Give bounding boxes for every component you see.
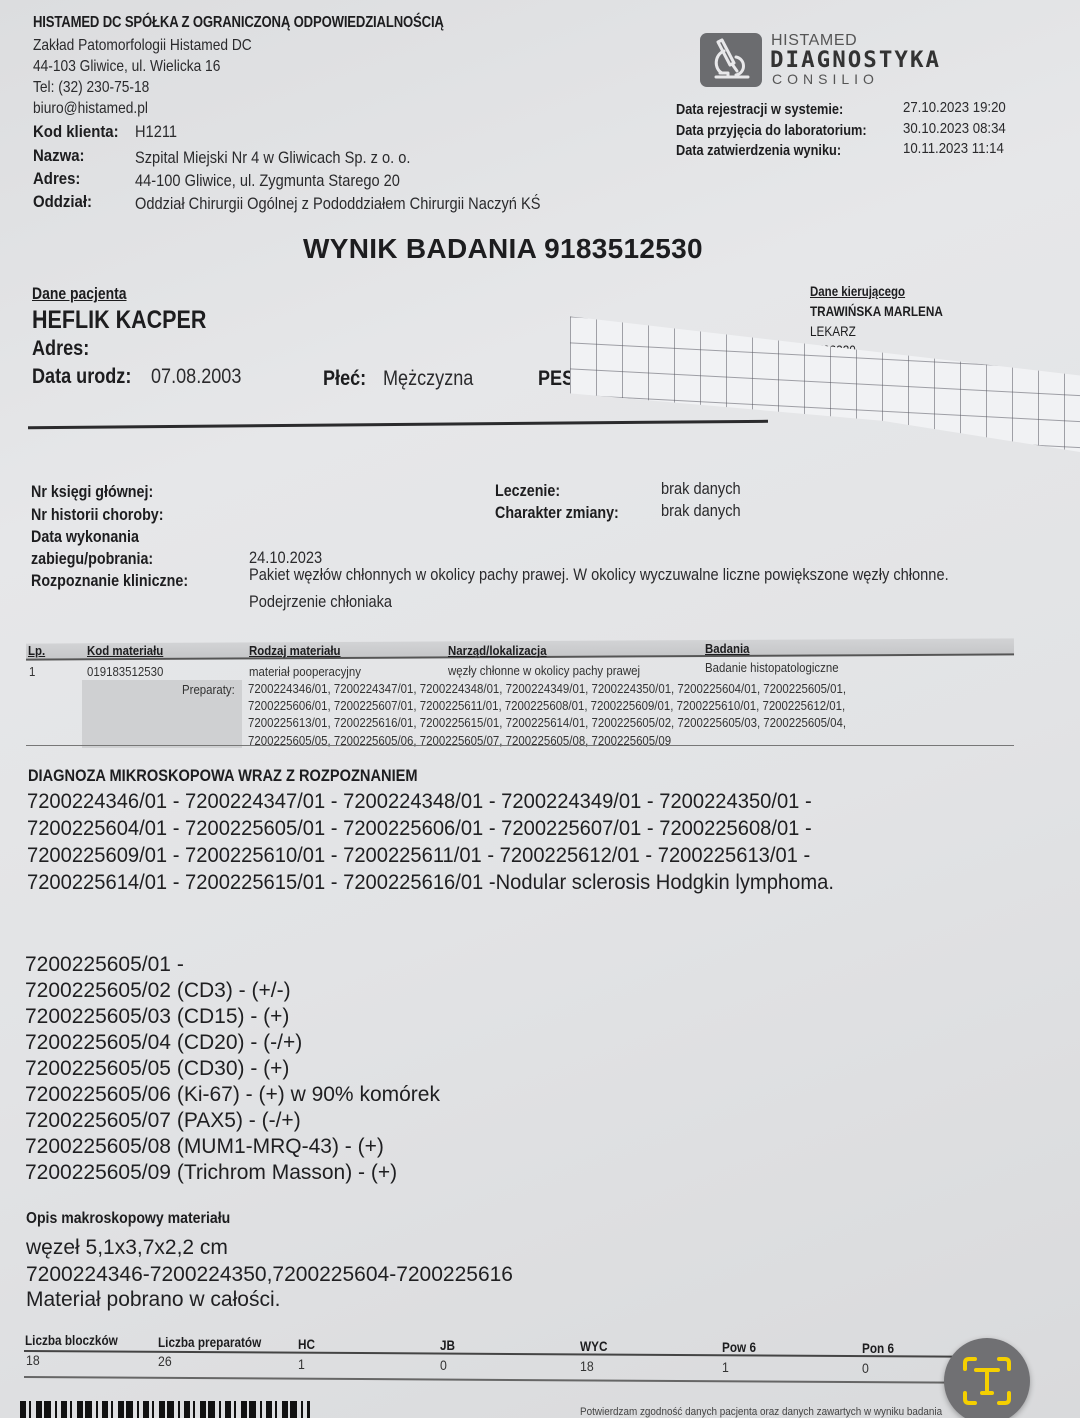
stat-slides-header: Liczba preparatów: [158, 1334, 261, 1350]
client-ward-label: Oddział:: [33, 192, 92, 212]
text-scan-button[interactable]: [944, 1338, 1030, 1418]
stat-pow6-value: 1: [722, 1359, 729, 1375]
patient-pesel-label: PES: [538, 367, 574, 391]
diagnosis-line: 7200225604/01 - 7200225605/01 - 72002256…: [27, 817, 812, 841]
ihc-line: 7200225605/03 (CD15) - (+): [25, 1005, 289, 1029]
row-tests: Badanie histopatologiczne: [705, 660, 839, 675]
row-location: węzły chłonne w okolicy pachy prawej: [448, 663, 640, 678]
diagnosis-line: 7200225609/01 - 7200225610/01 - 72002256…: [27, 844, 810, 868]
report-title: WYNIK BADANIA 9183512530: [303, 233, 703, 265]
ihc-line: 7200225605/06 (Ki-67) - (+) w 90% komóre…: [25, 1083, 440, 1107]
table-divider: [26, 745, 1014, 746]
macroscopy-title: Opis makroskopowy materiału: [26, 1210, 230, 1228]
preparations-line: 7200225613/01, 7200225616/01, 7200225615…: [248, 715, 846, 730]
stat-wyc-header: WYC: [580, 1338, 607, 1354]
logo-text-consilio: CONSILIO: [772, 71, 879, 87]
lab-department: Zakład Patomorfologii Histamed DC: [33, 37, 252, 55]
logo-text-diagnostyka: DIAGNOSTYKA: [770, 48, 941, 73]
ihc-line: 7200225605/02 (CD3) - (+/-): [25, 979, 291, 1003]
lab-address: 44-103 Gliwice, ul. Wielicka 16: [33, 58, 220, 76]
lab-received-date-label: Data przyjęcia do laboratorium:: [676, 122, 867, 139]
preparations-label: Preparaty:: [182, 682, 235, 697]
ihc-line: 7200225605/04 (CD20) - (-/+): [25, 1031, 302, 1055]
clinical-dx-line-1: Pakiet węzłów chłonnych w okolicy pachy …: [249, 565, 949, 585]
col-location: Narząd/lokalizacja: [448, 643, 547, 658]
barcode: [20, 1401, 310, 1418]
stat-jb-header: JB: [440, 1337, 455, 1353]
stats-divider: [24, 1376, 954, 1384]
client-address: 44-100 Gliwice, ul. Zygmunta Starego 20: [135, 171, 400, 191]
referrer-section-label: Dane kierującego: [810, 283, 905, 299]
stat-wyc-value: 18: [580, 1358, 594, 1374]
history-label: Nr historii choroby:: [31, 505, 163, 525]
stat-slides-value: 26: [158, 1353, 172, 1369]
text-scan-icon: [959, 1353, 1015, 1409]
row-lp: 1: [29, 664, 35, 679]
col-material-code: Kod materiału: [87, 643, 163, 658]
macroscopy-line: węzeł 5,1x3,7x2,2 cm: [26, 1236, 228, 1260]
patient-dob: 07.08.2003: [151, 365, 241, 389]
patient-sex-label: Płeć:: [323, 367, 366, 391]
client-code: H1211: [135, 122, 177, 142]
referrer-name: TRAWIŃSKA MARLENA: [810, 303, 943, 319]
diagnosis-line: 7200224346/01 - 7200224347/01 - 72002243…: [27, 790, 812, 814]
referrer-role: LEKARZ: [810, 323, 856, 339]
section-divider: [28, 420, 768, 429]
patient-section-label: Dane pacjenta: [32, 284, 127, 304]
treatment-value: brak danych: [661, 479, 741, 499]
stat-pow6-header: Pow 6: [722, 1339, 756, 1355]
stat-blocks-header: Liczba bloczków: [25, 1332, 118, 1348]
patient-name: HEFLIK KACPER: [32, 306, 206, 335]
microscope-icon: [700, 33, 762, 87]
preparations-line: 7200225606/01, 7200225607/01, 7200225611…: [248, 698, 845, 713]
stat-pon6-value: 0: [862, 1360, 869, 1376]
clinical-dx-label: Rozpoznanie kliniczne:: [31, 571, 188, 591]
procedure-date-label-2: zabiegu/pobrania:: [31, 549, 153, 569]
ihc-line: 7200225605/01 -: [25, 953, 184, 977]
diagnosis-line: 7200225614/01 - 7200225615/01 - 72002256…: [27, 871, 834, 895]
macroscopy-line: Materiał pobrano w całości.: [26, 1288, 280, 1312]
stat-hc-header: HC: [298, 1336, 315, 1352]
row-material-type: materiał pooperacyjny: [249, 664, 361, 679]
col-lp: Lp.: [28, 643, 45, 658]
lab-phone: Tel: (32) 230-75-18: [33, 79, 149, 97]
ihc-line: 7200225605/09 (Trichrom Masson) - (+): [25, 1161, 397, 1185]
col-material-type: Rodzaj materiału: [249, 643, 341, 658]
ihc-line: 7200225605/08 (MUM1-MRQ-43) - (+): [25, 1135, 384, 1159]
footer-confirmation-note: Potwierdzam zgodność danych pacjenta ora…: [580, 1406, 942, 1418]
clinical-dx-line-2: Podejrzenie chłoniaka: [249, 592, 392, 612]
diagnosis-title: DIAGNOZA MIKROSKOPOWA WRAZ Z ROZPOZNANIE…: [28, 766, 418, 786]
col-tests: Badania: [705, 641, 750, 656]
lab-company-name: HISTAMED DC SPÓŁKA Z OGRANICZONĄ ODPOWIE…: [33, 14, 444, 32]
ihc-line: 7200225605/05 (CD30) - (+): [25, 1057, 289, 1081]
stat-blocks-value: 18: [26, 1352, 40, 1368]
client-name: Szpital Miejski Nr 4 w Gliwicach Sp. z o…: [135, 148, 410, 168]
client-address-label: Adres:: [33, 169, 80, 189]
registration-date-label: Data rejestracji w systemie:: [676, 101, 843, 118]
treatment-label: Leczenie:: [495, 481, 560, 501]
patient-dob-label: Data urodz:: [32, 365, 131, 389]
main-book-label: Nr księgi głównej:: [31, 482, 153, 502]
row-material-code: 019183512530: [87, 664, 163, 679]
stat-pon6-header: Pon 6: [862, 1340, 894, 1356]
macroscopy-line: 7200224346-7200224350,7200225604-7200225…: [26, 1263, 513, 1287]
patient-sex: Mężczyzna: [383, 367, 473, 391]
lesion-value: brak danych: [661, 501, 741, 521]
stat-hc-value: 1: [298, 1356, 305, 1372]
stat-jb-value: 0: [440, 1357, 447, 1373]
client-code-label: Kod klienta:: [33, 122, 119, 142]
lab-email: biuro@histamed.pl: [33, 100, 148, 118]
lab-received-date: 30.10.2023 08:34: [903, 120, 1006, 137]
client-ward: Oddział Chirurgii Ogólnej z Pododdziałem…: [135, 194, 540, 214]
client-name-label: Nazwa:: [33, 146, 85, 166]
procedure-date-label-1: Data wykonania: [31, 527, 139, 547]
lesion-label: Charakter zmiany:: [495, 503, 619, 523]
registration-date: 27.10.2023 19:20: [903, 99, 1006, 116]
patient-address-label: Adres:: [32, 337, 89, 361]
preparations-line: 7200224346/01, 7200224347/01, 7200224348…: [248, 681, 846, 696]
approval-date-label: Data zatwierdzenia wyniku:: [676, 142, 841, 159]
ihc-line: 7200225605/07 (PAX5) - (-/+): [25, 1109, 301, 1133]
approval-date: 10.11.2023 11:14: [903, 140, 1004, 157]
